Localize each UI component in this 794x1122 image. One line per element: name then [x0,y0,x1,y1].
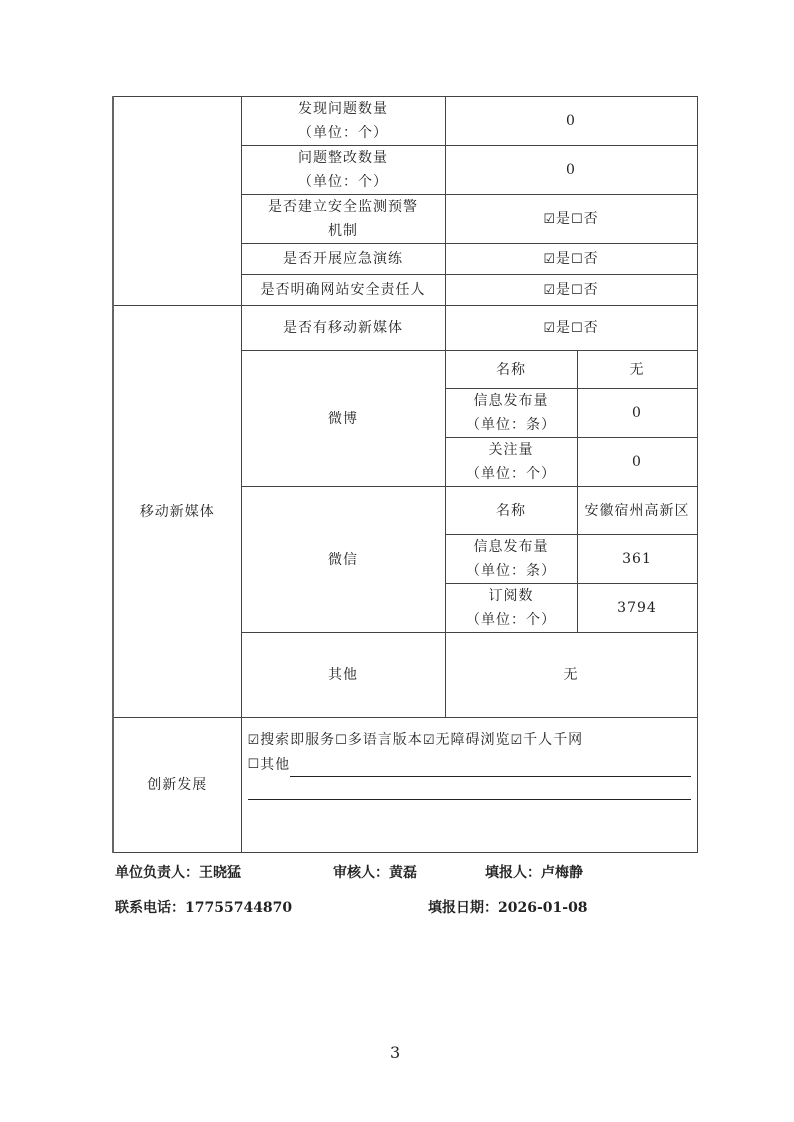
reviewer-signature: 审核人：黄磊 [333,862,417,882]
issues-found-value: 0 [445,97,697,146]
yes-checkbox[interactable]: ☑ [543,321,556,336]
no-checkbox[interactable]: ☐ [571,283,584,298]
responsible-choice: ☑是☐否 [445,275,697,306]
weibo-follow-value: 0 [577,438,697,487]
weibo-follow-label: 关注量（单位：个） [445,438,577,487]
other-media-label: 其他 [241,633,445,718]
head-signature: 单位负责人：王晓猛 [115,862,241,882]
wechat-name-value: 安徽宿州高新区 [577,487,697,535]
responsible-label: 是否明确网站安全责任人 [241,275,445,306]
no-checkbox[interactable]: ☐ [571,252,584,267]
monitoring-label: 是否建立安全监测预警机制 [241,195,445,244]
report-date: 填报日期：2026-01-08 [428,897,588,917]
weibo-name-label: 名称 [445,351,577,389]
has-mobile-label: 是否有移动新媒体 [241,306,445,351]
innovation-options: ☑搜索即服务☐多语言版本☑无障碍浏览☑千人千网 ☐其他 [241,718,697,853]
weibo-posts-label: 信息发布量（单位：条） [445,389,577,438]
drill-choice: ☑是☐否 [445,244,697,275]
page-number: 3 [390,1043,400,1062]
filler-signature: 填报人：卢梅静 [485,862,583,882]
yes-checkbox[interactable]: ☑ [543,283,556,298]
innovation-section-label: 创新发展 [113,718,241,853]
monitoring-choice: ☑是☐否 [445,195,697,244]
weibo-name-value: 无 [577,351,697,389]
multilingual-checkbox[interactable]: ☐ [335,733,348,748]
issues-fixed-value: 0 [445,146,697,195]
mobile-section-label: 移动新媒体 [113,306,241,718]
no-checkbox[interactable]: ☐ [571,212,584,227]
wechat-name-label: 名称 [445,487,577,535]
report-table: 发现问题数量（单位：个） 0 问题整改数量（单位：个） 0 是否建立安全监测预警… [112,96,698,853]
wechat-subs-label: 订阅数（单位：个） [445,584,577,633]
weibo-posts-value: 0 [577,389,697,438]
other-fill-line-2[interactable] [248,777,691,800]
drill-label: 是否开展应急演练 [241,244,445,275]
wechat-subs-value: 3794 [577,584,697,633]
wechat-posts-label: 信息发布量（单位：条） [445,535,577,584]
other-media-value: 无 [445,633,697,718]
other-fill-line[interactable] [290,754,690,777]
weibo-label: 微博 [241,351,445,487]
accessibility-checkbox[interactable]: ☑ [423,733,436,748]
yes-checkbox[interactable]: ☑ [543,212,556,227]
wechat-label: 微信 [241,487,445,633]
search-service-checkbox[interactable]: ☑ [248,733,261,748]
yes-checkbox[interactable]: ☑ [543,252,556,267]
no-checkbox[interactable]: ☐ [571,321,584,336]
has-mobile-choice: ☑是☐否 [445,306,697,351]
wechat-posts-value: 361 [577,535,697,584]
innovation-other-row: ☐其他 [248,753,691,777]
innovation-checklist: ☑搜索即服务☐多语言版本☑无障碍浏览☑千人千网 [248,728,691,753]
other-checkbox[interactable]: ☐ [248,753,261,777]
security-section-cell [113,97,241,306]
issues-found-label: 发现问题数量（单位：个） [241,97,445,146]
issues-fixed-label: 问题整改数量（单位：个） [241,146,445,195]
personalization-checkbox[interactable]: ☑ [510,733,523,748]
contact-phone: 联系电话：17755744870 [115,897,292,917]
